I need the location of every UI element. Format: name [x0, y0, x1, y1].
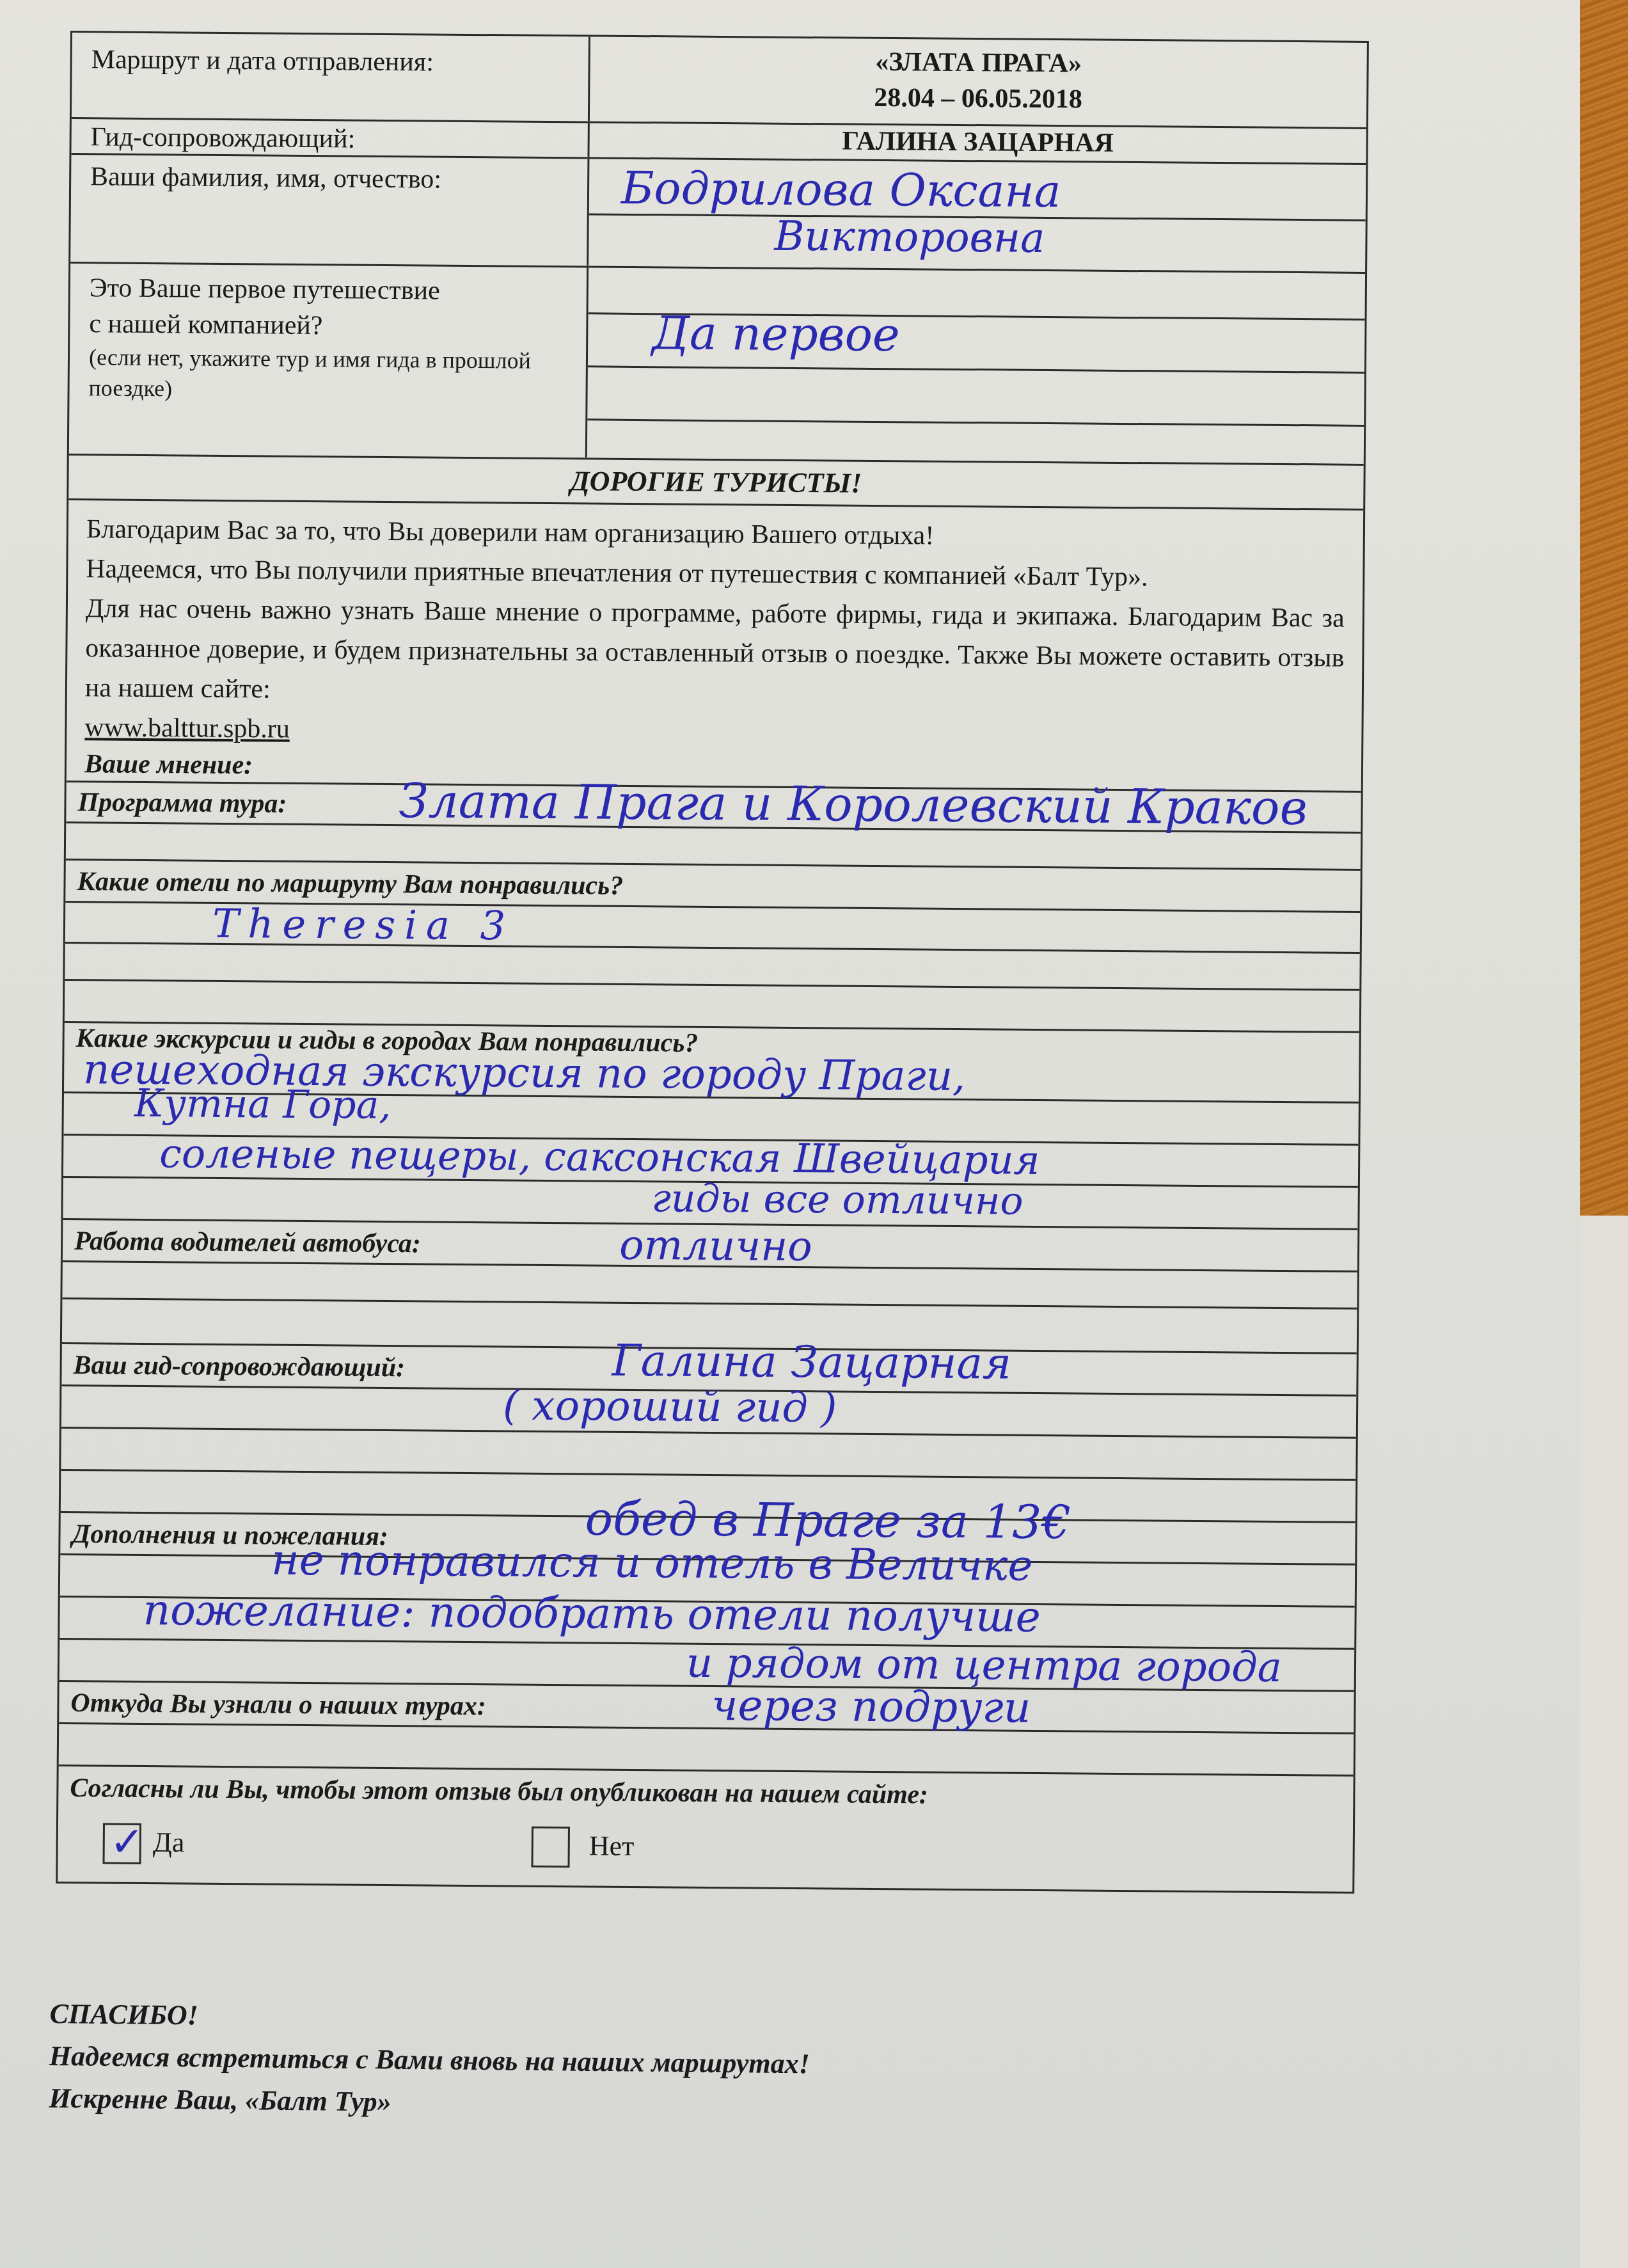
consent-yes-label: Да	[153, 1826, 185, 1859]
excursions-field-3[interactable]: соленые пещеры, саксонская Швейцария	[159, 1130, 1040, 1184]
closing-signature: Искренне Ваш, «Балт Тур»	[49, 2077, 809, 2127]
wishes-field-3[interactable]: пожелание: подобрать отели получше	[143, 1585, 1041, 1642]
route-label: Маршрут и дата отправления:	[72, 33, 590, 121]
consent-no-checkbox[interactable]	[531, 1827, 570, 1868]
closing-line-2: Надеемся встретиться с Вами вновь на наш…	[49, 2035, 810, 2085]
feedback-form: Маршрут и дата отправления: «ЗЛАТА ПРАГА…	[56, 31, 1369, 1894]
hotels-label: Какие отели по маршруту Вам понравились?	[77, 866, 623, 901]
consent-block: Согласны ли Вы, чтобы этот отзыв был опу…	[58, 1766, 1353, 1892]
guide-review-label: Ваш гид-сопровождающий:	[73, 1350, 405, 1383]
first-trip-hint: (если нет, укажите тур и имя гида в прош…	[88, 342, 567, 407]
excursions-field-4[interactable]: гиды все отлично	[651, 1176, 1023, 1224]
fio-field-line1[interactable]: Бодрилова Оксана	[621, 162, 1061, 218]
intro-text: Благодарим Вас за то, что Вы доверили на…	[67, 500, 1363, 791]
intro-p3: Для нас очень важно узнать Ваше мнение о…	[85, 589, 1345, 717]
program-label: Программа тура:	[77, 787, 287, 820]
thanks-heading: СПАСИБО!	[49, 1993, 810, 2043]
consent-no-label: Нет	[589, 1829, 635, 1862]
website-link[interactable]: www.balttur.spb.ru	[84, 713, 290, 744]
consent-yes-checkbox[interactable]: ✓	[102, 1823, 141, 1864]
excursions-field-2[interactable]: Кутна Гора,	[134, 1081, 391, 1128]
first-trip-label-2: с нашей компанией?	[89, 306, 567, 345]
route-row: Маршрут и дата отправления: «ЗЛАТА ПРАГА…	[72, 33, 1367, 129]
closing-text: СПАСИБО! Надеемся встретиться с Вами вно…	[49, 1993, 810, 2127]
hotels-field[interactable]: Theresia 3	[212, 900, 515, 949]
guide-name: ГАЛИНА ЗАЦАРНАЯ	[589, 123, 1366, 161]
questions-section: Программа тура: Злата Прага и Королевски…	[58, 781, 1361, 1892]
fio-row: Ваши фамилия, имя, отчество: Бодрилова О…	[70, 155, 1366, 274]
guide-label: Гид-сопровождающий:	[71, 119, 589, 157]
route-name: «ЗЛАТА ПРАГА»	[590, 36, 1366, 84]
check-mark-icon: ✓	[109, 1819, 144, 1866]
drivers-label: Работа водителей автобуса:	[74, 1226, 421, 1259]
route-dates: 28.04 – 06.05.2018	[590, 77, 1366, 120]
drivers-field[interactable]: отлично	[619, 1222, 812, 1271]
first-trip-field[interactable]: Да первое	[652, 306, 900, 361]
wishes-field-2[interactable]: не понравился и отель в Величке	[271, 1535, 1033, 1590]
wooden-table-edge	[1580, 0, 1628, 1216]
guide-review-field-2[interactable]: ( хороший гид )	[503, 1382, 837, 1432]
consent-label: Согласны ли Вы, чтобы этот отзыв был опу…	[70, 1773, 1341, 1814]
source-label: Откуда Вы узнали о наших турах:	[70, 1688, 486, 1722]
fio-field-line2[interactable]: Викторовна	[774, 213, 1045, 262]
first-trip-label-1: Это Ваше первое путешествие	[90, 270, 567, 310]
fio-label: Ваши фамилия, имя, отчество:	[70, 155, 589, 266]
first-trip-row: Это Ваше первое путешествие с нашей комп…	[69, 264, 1365, 466]
guide-review-field-1[interactable]: Галина Зацарная	[612, 1336, 1011, 1390]
program-field[interactable]: Злата Прага и Королевский Краков	[399, 773, 1308, 836]
source-field[interactable]: через подруги	[711, 1681, 1031, 1733]
